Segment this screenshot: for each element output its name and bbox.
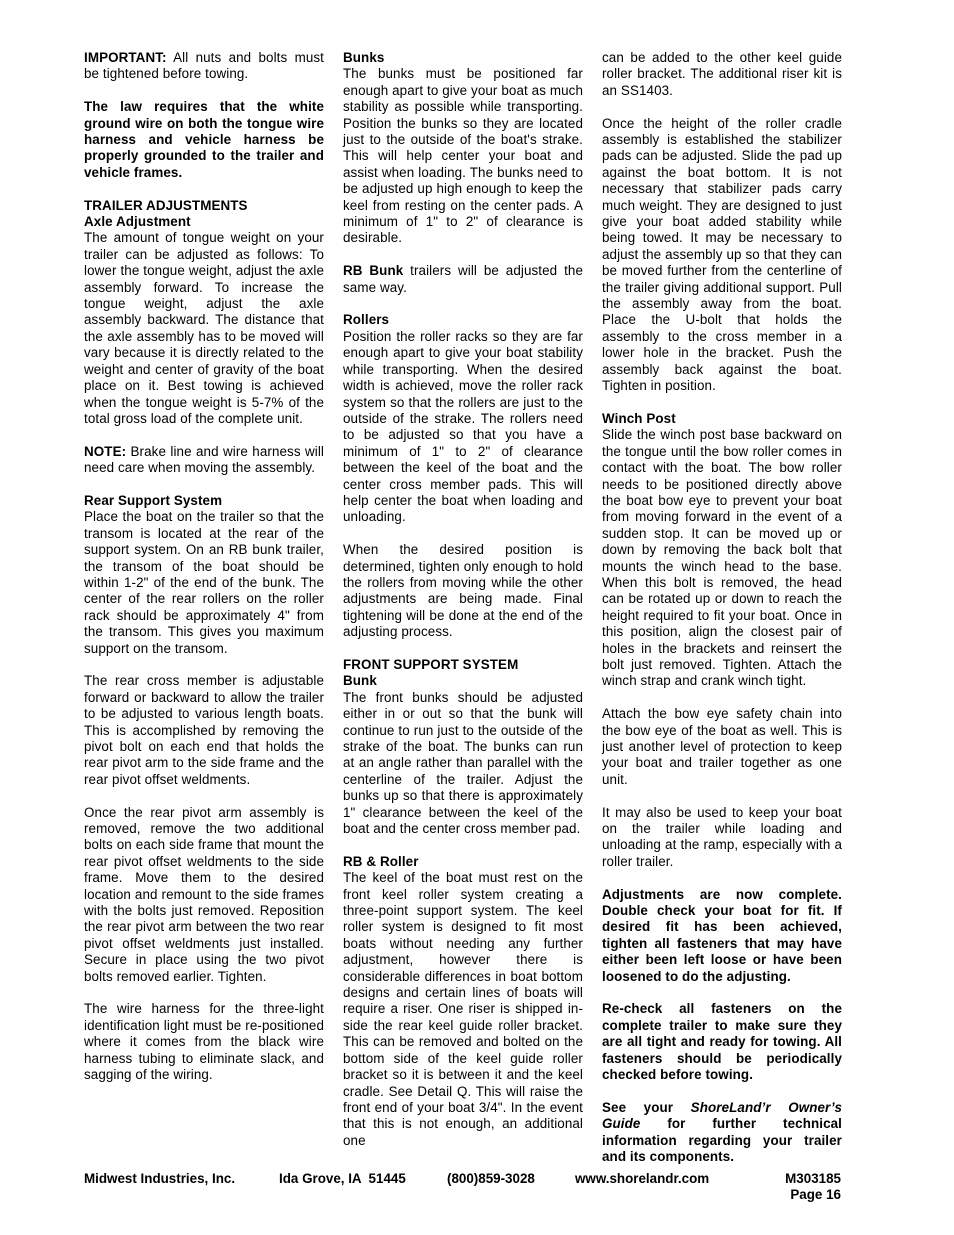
section-heading: Bunk	[343, 673, 583, 689]
paragraph: It may also be used to keep your boat on…	[602, 805, 842, 871]
paragraph: When the desired position is determined,…	[343, 542, 583, 640]
section-heading: RB & Roller	[343, 854, 583, 870]
text-run: Axle Adjustment	[84, 214, 191, 229]
text-run: The wire harness for the three-light ide…	[84, 1001, 324, 1082]
paragraph: Re-check all fasteners on the complete t…	[602, 1001, 842, 1083]
text-run: When the desired position is determined,…	[343, 542, 583, 639]
paragraph: The rear cross member is adjustable forw…	[84, 673, 324, 788]
text-run: IMPORTANT:	[84, 50, 167, 65]
text-run: Re-check all fasteners on the complete t…	[602, 1001, 842, 1082]
footer-page-number: Page 16	[790, 1187, 841, 1203]
paragraph: Attach the bow eye safety chain into the…	[602, 706, 842, 788]
text-run: Bunk	[343, 673, 377, 688]
text-run: RB & Roller	[343, 854, 419, 869]
column-1: IMPORTANT: All nuts and bolts must be ti…	[84, 50, 324, 1182]
section-heading: Rollers	[343, 312, 583, 328]
footer-company: Midwest Industries, Inc.	[84, 1171, 235, 1187]
text-columns: IMPORTANT: All nuts and bolts must be ti…	[84, 50, 842, 1182]
paragraph: Slide the winch post base backward on th…	[602, 427, 842, 690]
text-run: The front bunks should be adjusted eithe…	[343, 690, 583, 836]
paragraph: See your ShoreLand’r Owner’s Guide for f…	[602, 1100, 842, 1166]
paragraph: Position the roller racks so they are fa…	[343, 329, 583, 526]
paragraph: Place the boat on the trailer so that th…	[84, 509, 324, 657]
column-3: can be added to the other keel guide rol…	[602, 50, 842, 1182]
paragraph: The front bunks should be adjusted eithe…	[343, 690, 583, 838]
paragraph: The keel of the boat must rest on the fr…	[343, 870, 583, 1149]
paragraph: IMPORTANT: All nuts and bolts must be ti…	[84, 50, 324, 83]
paragraph: The amount of tongue weight on your trai…	[84, 230, 324, 427]
text-run: RB Bunk	[343, 263, 403, 278]
text-run: Attach the bow eye safety chain into the…	[602, 706, 842, 787]
text-run: The amount of tongue weight on your trai…	[84, 230, 324, 425]
text-run: Once the height of the roller cradle ass…	[602, 116, 842, 394]
text-run: Bunks	[343, 50, 384, 65]
paragraph: RB Bunk trailers will be adjusted the sa…	[343, 263, 583, 296]
section-heading: Bunks	[343, 50, 583, 66]
text-run: TRAILER ADJUSTMENTS	[84, 198, 248, 213]
paragraph: Once the height of the roller cradle ass…	[602, 116, 842, 395]
text-run: Place the boat on the trailer so that th…	[84, 509, 324, 655]
text-run: Winch Post	[602, 411, 676, 426]
section-heading: Winch Post	[602, 411, 842, 427]
column-2: BunksThe bunks must be positioned far en…	[343, 50, 583, 1182]
section-heading: FRONT SUPPORT SYSTEM	[343, 657, 583, 673]
text-run: The keel of the boat must rest on the fr…	[343, 870, 583, 1148]
footer-address: Ida Grove, IA 51445	[279, 1171, 406, 1187]
text-run: Rollers	[343, 312, 389, 327]
text-run: Position the roller racks so they are fa…	[343, 329, 583, 524]
text-run: Rear Support System	[84, 493, 222, 508]
text-run: The bunks must be positioned far enough …	[343, 66, 583, 245]
manual-page: IMPORTANT: All nuts and bolts must be ti…	[0, 0, 954, 1235]
text-run: can be added to the other keel guide rol…	[602, 50, 842, 98]
section-heading: TRAILER ADJUSTMENTS	[84, 198, 324, 214]
paragraph: can be added to the other keel guide rol…	[602, 50, 842, 99]
text-run: NOTE:	[84, 444, 126, 459]
text-run: It may also be used to keep your boat on…	[602, 805, 842, 869]
paragraph: The law requires that the white ground w…	[84, 99, 324, 181]
paragraph: The wire harness for the three-light ide…	[84, 1001, 324, 1083]
footer-website: www.shorelandr.com	[575, 1171, 709, 1187]
section-heading: Rear Support System	[84, 493, 324, 509]
text-run: Adjustments are now complete. Double che…	[602, 887, 842, 984]
text-run: The rear cross member is adjustable forw…	[84, 673, 324, 786]
text-run: FRONT SUPPORT SYSTEM	[343, 657, 518, 672]
section-heading: Axle Adjustment	[84, 214, 324, 230]
paragraph: Once the rear pivot arm assembly is remo…	[84, 805, 324, 985]
text-run: Slide the winch post base backward on th…	[602, 427, 842, 688]
footer-phone: (800)859-3028	[447, 1171, 535, 1187]
text-run: The law requires that the white ground w…	[84, 99, 324, 180]
paragraph: The bunks must be positioned far enough …	[343, 66, 583, 246]
footer-doc-number: M303185	[785, 1171, 841, 1187]
paragraph: NOTE: Brake line and wire harness will n…	[84, 444, 324, 477]
text-run: See your	[602, 1100, 691, 1115]
text-run: Once the rear pivot arm assembly is remo…	[84, 805, 324, 984]
paragraph: Adjustments are now complete. Double che…	[602, 887, 842, 985]
